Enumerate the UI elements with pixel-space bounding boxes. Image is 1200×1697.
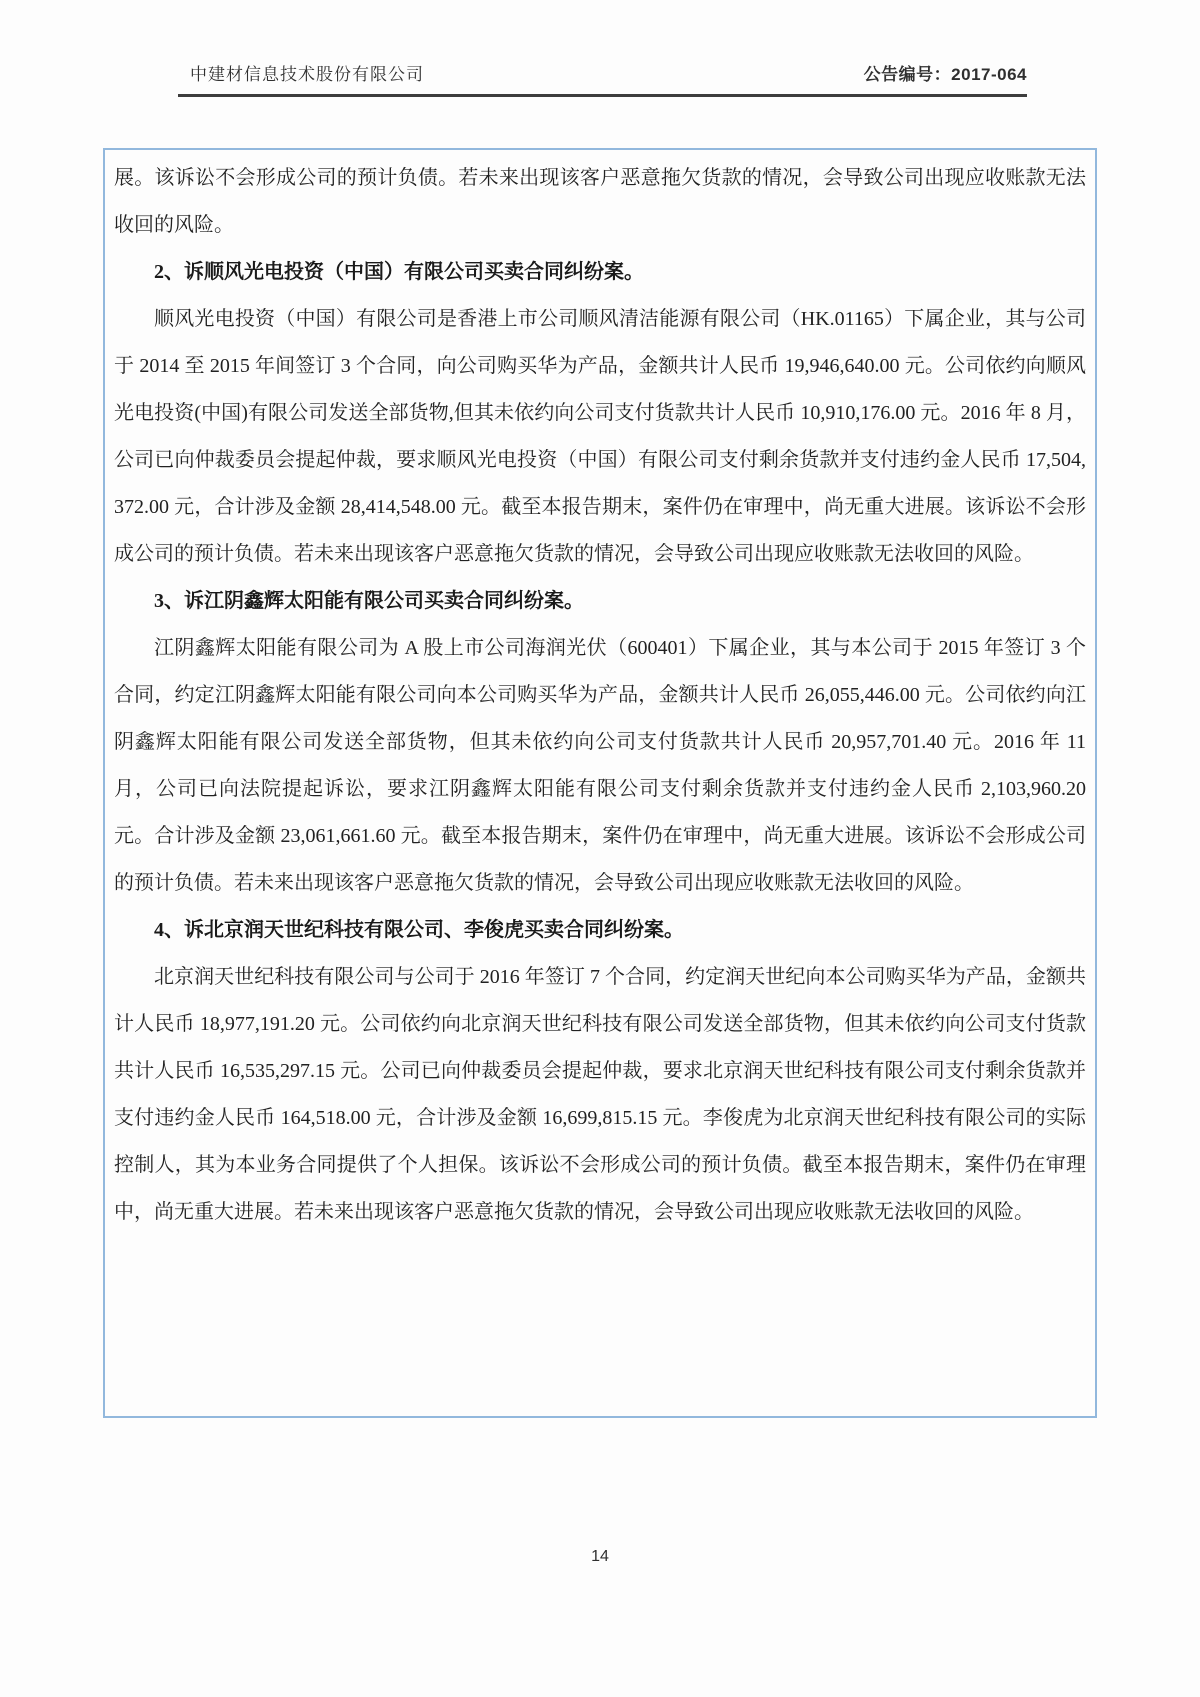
section-4-body: 北京润天世纪科技有限公司与公司于 2016 年签订 7 个合同，约定润天世纪向本… — [114, 954, 1086, 1236]
section-2-heading: 2、诉顺风光电投资（中国）有限公司买卖合同纠纷案。 — [114, 249, 1086, 296]
page-number: 14 — [591, 1548, 609, 1565]
page-header: 中建材信息技术股份有限公司 公告编号：2017-064 — [178, 60, 1027, 85]
header-company-name: 中建材信息技术股份有限公司 — [178, 60, 424, 85]
paragraph-continuation: 展。该诉讼不会形成公司的预计负债。若未来出现该客户恶意拖欠货款的情况，会导致公司… — [114, 155, 1086, 249]
page-footer: 14 — [0, 1548, 1200, 1566]
header-announcement-number: 公告编号：2017-064 — [864, 60, 1027, 85]
content-box: 展。该诉讼不会形成公司的预计负债。若未来出现该客户恶意拖欠货款的情况，会导致公司… — [103, 148, 1097, 1418]
section-4-heading: 4、诉北京润天世纪科技有限公司、李俊虎买卖合同纠纷案。 — [114, 907, 1086, 954]
section-3-heading: 3、诉江阴鑫辉太阳能有限公司买卖合同纠纷案。 — [114, 578, 1086, 625]
section-3-body: 江阴鑫辉太阳能有限公司为 A 股上市公司海润光伏（600401）下属企业，其与本… — [114, 625, 1086, 907]
section-2-body: 顺风光电投资（中国）有限公司是香港上市公司顺风清洁能源有限公司（HK.01165… — [114, 296, 1086, 578]
header-rule-divider — [178, 94, 1027, 97]
document-page: 中建材信息技术股份有限公司 公告编号：2017-064 展。该诉讼不会形成公司的… — [0, 0, 1200, 1697]
